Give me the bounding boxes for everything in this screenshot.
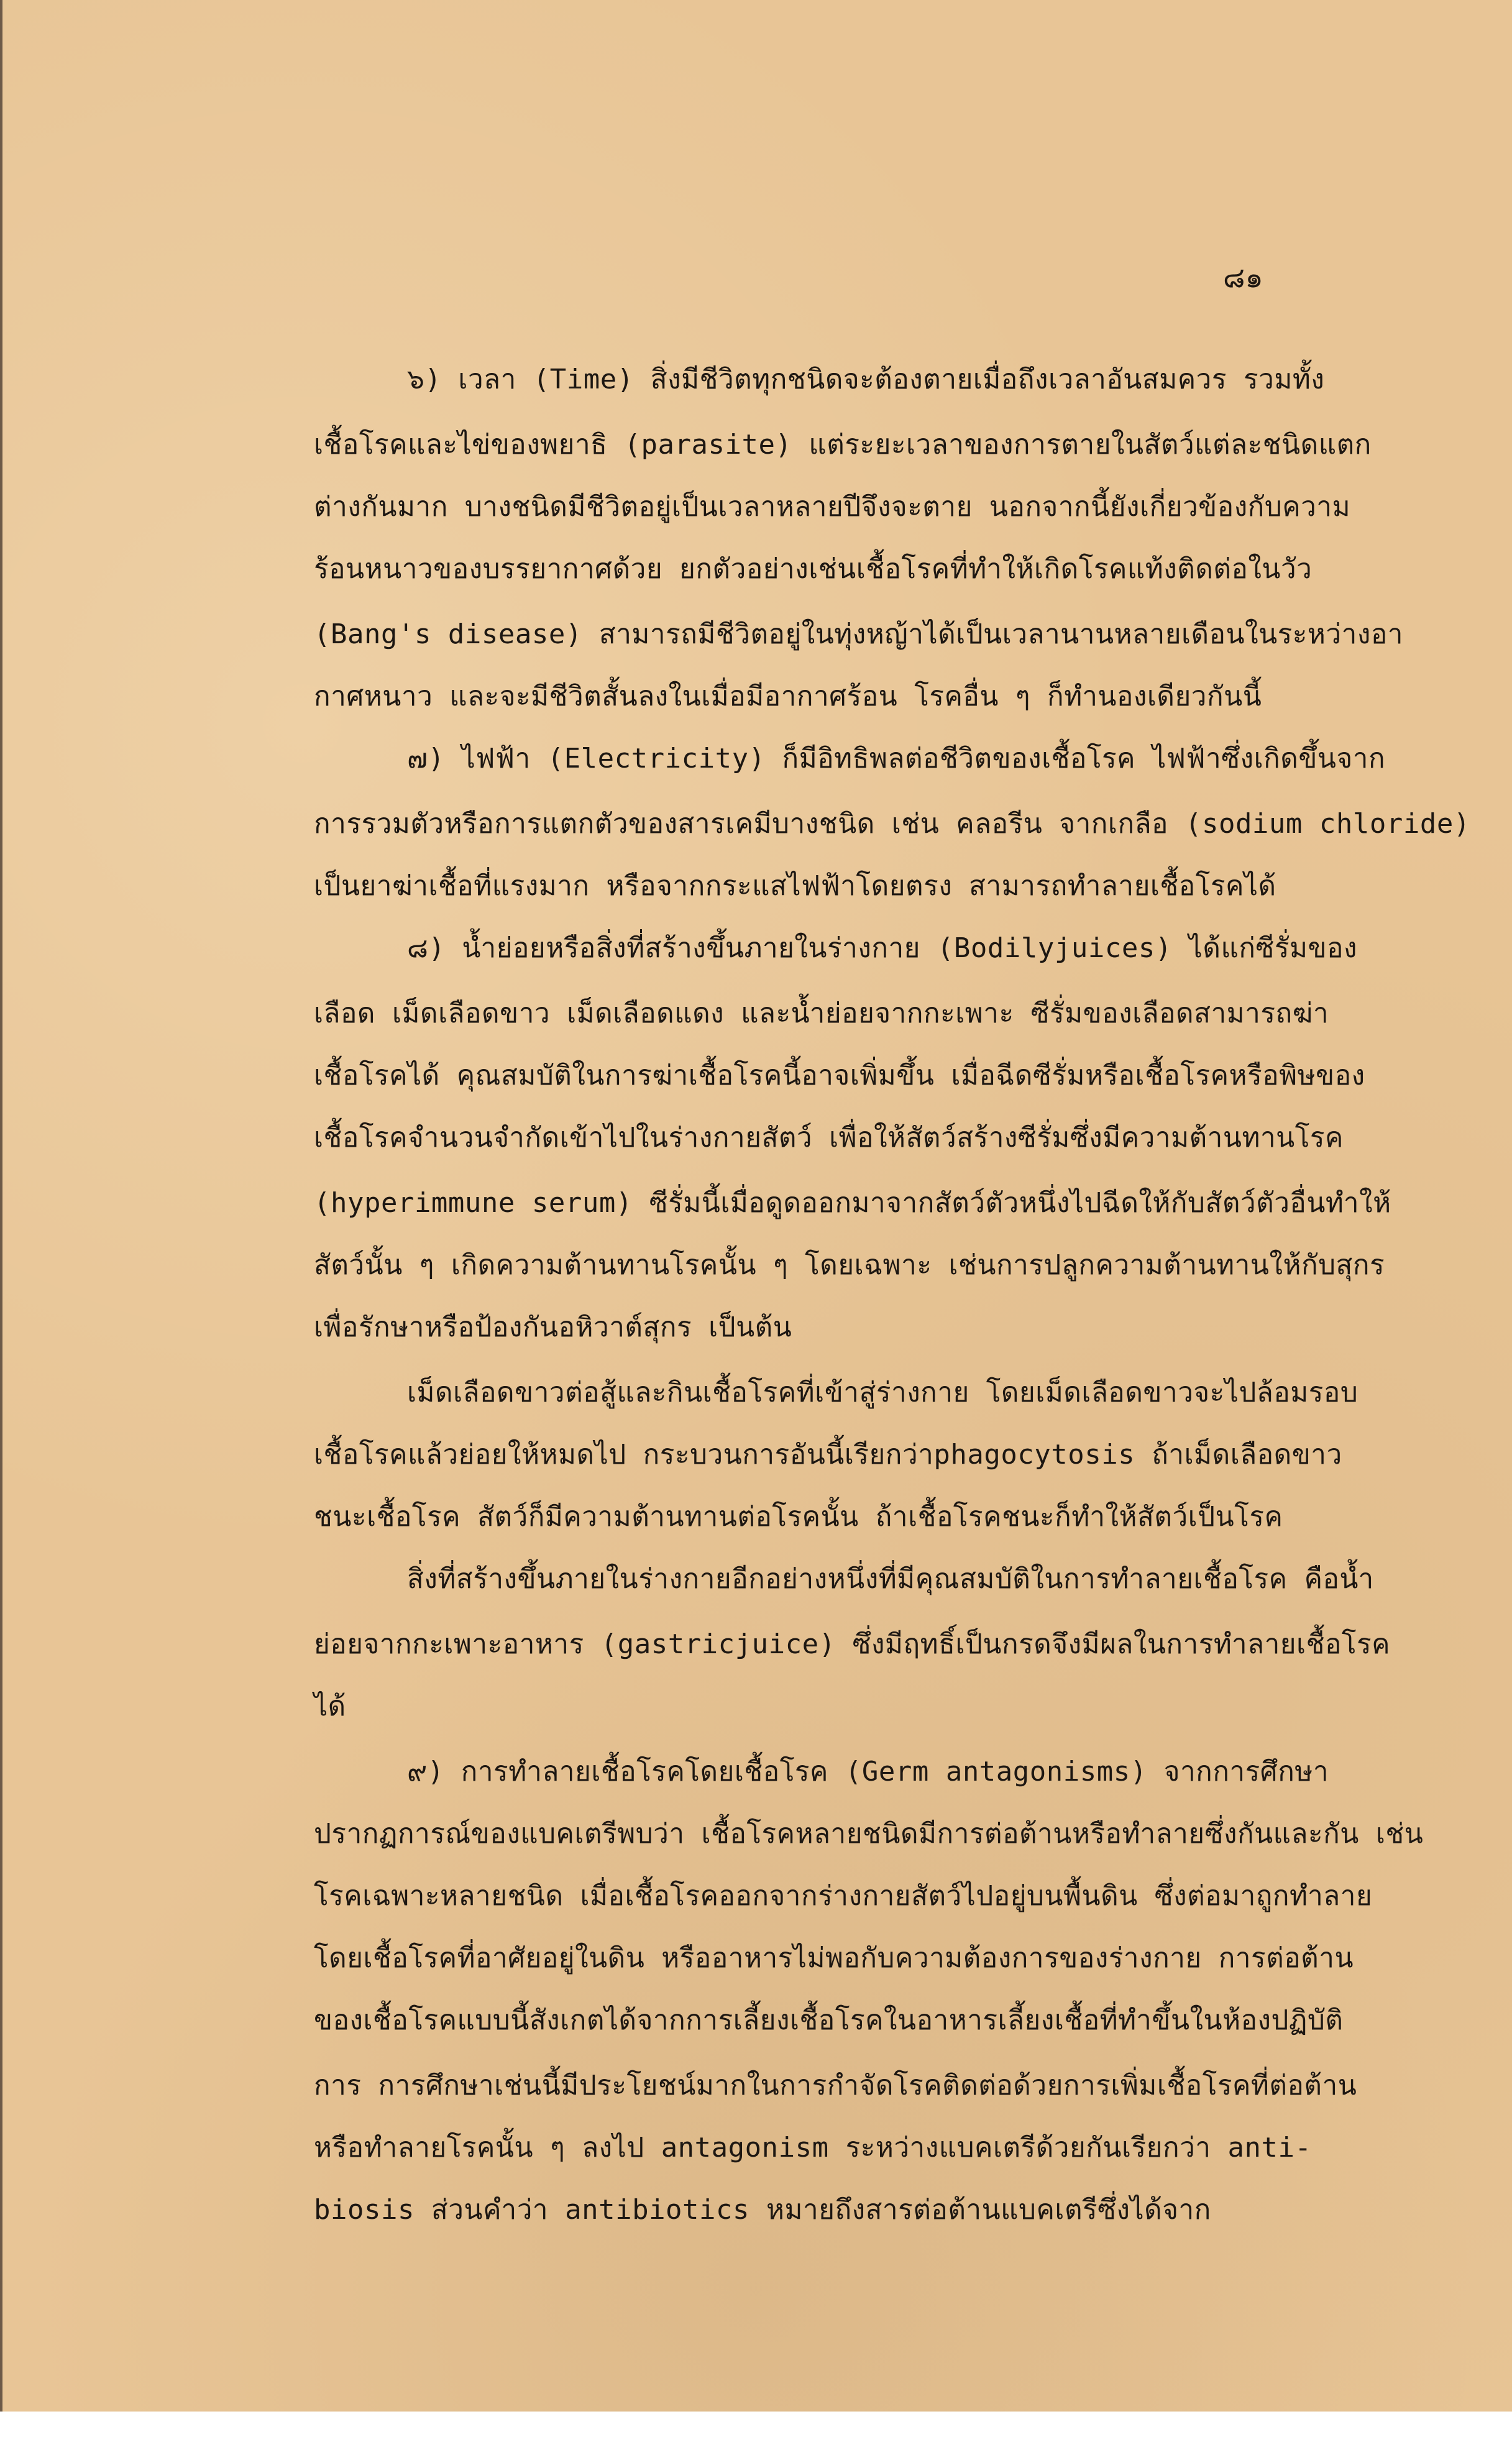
text-line: ย่อยจากกะเพาะอาหาร (gastricjuice) ซึ่งมี…: [314, 1622, 1390, 1666]
text-line: ๖) เวลา (Time) สิ่งมีชีวิตทุกชนิดจะต้องต…: [407, 357, 1324, 401]
text-line: ปรากฏการณ์ของแบคเตรีพบว่า เชื้อโรคหลายชน…: [314, 1812, 1423, 1855]
text-line: หรือทำลายโรคนั้น ๆ ลงไป antagonism ระหว่…: [314, 2126, 1311, 2169]
text-line: สิ่งที่สร้างขึ้นภายในร่างกายอีกอย่างหนึ่…: [407, 1557, 1374, 1600]
text-line: ชนะเชื้อโรค สัตว์ก็มีความต้านทานต่อโรคนั…: [314, 1495, 1283, 1538]
text-line: ของเชื้อโรคแบบนี้สังเกตได้จากการเลี้ยงเช…: [314, 1998, 1343, 2042]
text-line: เม็ดเลือดขาวต่อสู้และกินเชื้อโรคที่เข้าส…: [407, 1370, 1358, 1414]
text-line: เลือด เม็ดเลือดขาว เม็ดเลือดแดง และน้ำย่…: [314, 991, 1329, 1035]
text-line: เป็นยาฆ่าเชื้อที่แรงมาก หรือจากกระแสไฟฟ้…: [314, 864, 1276, 907]
text-line: เพื่อรักษาหรือป้องกันอหิวาต์สุกร เป็นต้น: [314, 1305, 792, 1349]
text-line: เชื้อโรคจำนวนจำกัดเข้าไปในร่างกายสัตว์ เ…: [314, 1116, 1344, 1159]
text-line: (hyperimmune serum) ซีรั่มนี้เมื่อดูดออก…: [314, 1181, 1391, 1224]
text-line: ร้อนหนาวของบรรยากาศด้วย ยกตัวอย่างเช่นเช…: [314, 547, 1312, 590]
text-line: การ การศึกษาเช่นนี้มีประโยชน์มากในการกำจ…: [314, 2063, 1357, 2107]
text-line: ต่างกันมาก บางชนิดมีชีวิตอยู่เป็นเวลาหลา…: [314, 485, 1350, 528]
text-line: การรวมตัวหรือการแตกตัวของสารเคมีบางชนิด …: [314, 802, 1470, 845]
page-number: ๘๑: [1223, 255, 1263, 300]
text-line: เชื้อโรคได้ คุณสมบัติในการฆ่าเชื้อโรคนี้…: [314, 1053, 1365, 1097]
text-line: สัตว์นั้น ๆ เกิดความต้านทานโรคนั้น ๆ โดย…: [314, 1243, 1385, 1287]
text-line: กาศหนาว และจะมีชีวิตสั้นลงในเมื่อมีอากาศ…: [314, 674, 1262, 718]
text-line: เชื้อโรคและไข่ของพยาธิ (parasite) แต่ระย…: [314, 423, 1372, 466]
text-line: ได้: [314, 1684, 346, 1728]
text-line: biosis ส่วนคำว่า antibiotics หมายถึงสารต…: [314, 2188, 1211, 2231]
text-line: เชื้อโรคแล้วย่อยให้หมดไป กระบวนการอันนี้…: [314, 1433, 1342, 1476]
text-line: ๙) การทำลายเชื้อโรคโดยเชื้อโรค (Germ ant…: [407, 1750, 1329, 1793]
scanned-page: ๘๑ ๖) เวลา (Time) สิ่งมีชีวิตทุกชนิดจะต้…: [0, 0, 1512, 2412]
text-line: (Bang's disease) สามารถมีชีวิตอยู่ในทุ่ง…: [314, 612, 1403, 656]
text-line: ๗) ไฟฟ้า (Electricity) ก็มีอิทธิพลต่อชีว…: [407, 737, 1385, 780]
text-line: โดยเชื้อโรคที่อาศัยอยู่ในดิน หรืออาหารไม…: [314, 1936, 1354, 1980]
text-line: ๘) น้ำย่อยหรือสิ่งที่สร้างขึ้นภายในร่างก…: [407, 926, 1357, 970]
text-line: โรคเฉพาะหลายชนิด เมื่อเชื้อโรคออกจากร่าง…: [314, 1874, 1372, 1917]
